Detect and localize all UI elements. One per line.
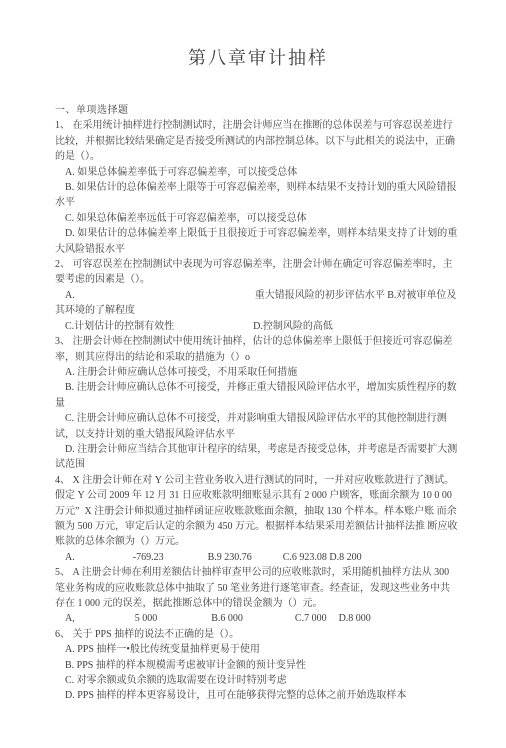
- question-4-stem: 4、 X 注册会计师在对 Y 公司主营业务收入进行测试的同时，一并对应收账款进行…: [55, 473, 461, 550]
- column-gap: [164, 559, 208, 560]
- question-4-option-a-value: -769.23: [133, 552, 164, 563]
- question-6: 6、 关于 PPS 抽样的说法不正确的是（）。 A. PPS 抽样一•般比传统变…: [55, 627, 461, 704]
- question-5-option-c: C.7 000: [295, 613, 327, 624]
- question-3-option-d: D. 注册会计师应当结合其他审计程序的结果，考虑是否接受总体，并考虑是否需要扩大…: [55, 442, 461, 473]
- question-1-stem: 1、 在采用统计抽样进行控制测试时，注册会计师应当在推断的总体误差与可容忍误差进…: [55, 118, 461, 164]
- question-3-option-b: B. 注册会计师应确认总体不可接受，并修正重大错报风险评估水平，增加实质性程序的…: [55, 380, 461, 411]
- question-5-option-b: B.6 000: [211, 613, 243, 624]
- column-gap: [157, 620, 211, 621]
- question-1-option-a: A. 如果总体偏差率低于可容忍偏差率，可以接受总体: [55, 165, 461, 180]
- question-3-option-a: A. 注册会计师应确认总体可接受，不用采取任何措施: [55, 365, 461, 380]
- question-1-option-d: D. 如果估计的总体偏差率上限低于且很接近于可容忍偏差率，则样本结果支持了计划的…: [55, 226, 461, 257]
- question-2-stem: 2、 可容忍误差在控制测试中表现为可容忍偏差率，注册会计师在确定可容忍偏差率时，…: [55, 257, 461, 288]
- question-5-stem: 5、 A 注册会计师在利用差额估计抽样审查甲公司的应收账款时，采用随机抽样方法从…: [55, 565, 461, 611]
- question-1-option-b: B. 如果估计的总体偏差率上限等于可容忍偏差率，则样本结果不支持计划的重大风险错…: [55, 180, 461, 211]
- question-6-option-b: B. PPS 抽样的样本规模需考虑被审计金额的预计变异性: [55, 658, 461, 673]
- question-2-options-row-cd: C.计划估计的控制有效性D.控制风险的高低: [55, 319, 461, 334]
- column-gap: [75, 620, 135, 621]
- question-6-stem: 6、 关于 PPS 抽样的说法不正确的是（）。: [55, 627, 461, 642]
- question-3-stem: 3、 注册会计师在控制测试中使用统计抽样，估计的总体偏差率上限低于但接近可容忍偏…: [55, 334, 461, 365]
- question-2-option-c: C.计划估计的控制有效性: [65, 321, 174, 332]
- question-2-option-a-label: A.: [65, 290, 75, 301]
- column-gap: [75, 297, 255, 298]
- question-4: 4、 X 注册会计师在对 Y 公司主营业务收入进行测试的同时，一并对应收账款进行…: [55, 473, 461, 565]
- document-title: 第八章审计抽样: [55, 46, 461, 70]
- question-5-answer-row: A,5 000B.6 000C.7 000D.8 000: [55, 611, 461, 626]
- document-body: 一、单项选择题 1、 在采用统计抽样进行控制测试时，注册会计师应当在推断的总体误…: [55, 103, 461, 704]
- question-5: 5、 A 注册会计师在利用差额估计抽样审查甲公司的应收账款时，采用随机抽样方法从…: [55, 565, 461, 627]
- column-gap: [243, 620, 295, 621]
- scanned-document-page: 第八章审计抽样 一、单项选择题 1、 在采用统计抽样进行控制测试时，注册会计师应…: [0, 0, 506, 748]
- question-5-option-a-label: A,: [65, 613, 75, 624]
- question-1-option-c: C. 如果总体偏差率远低于可容忍偏差率，可以接受总体: [55, 211, 461, 226]
- question-3: 3、 注册会计师在控制测试中使用统计抽样，估计的总体偏差率上限低于但接近可容忍偏…: [55, 334, 461, 473]
- question-6-option-c: C. 对零余额或负余额的选取需要在设计时特别考虑: [55, 673, 461, 688]
- section-heading: 一、单项选择题: [55, 103, 461, 118]
- question-4-option-a-label: A.: [65, 552, 75, 563]
- column-gap: [75, 559, 133, 560]
- column-gap: [327, 620, 339, 621]
- question-2-option-d: D.控制风险的高低: [253, 321, 333, 332]
- question-1: 1、 在采用统计抽样进行控制测试时，注册会计师应当在推断的总体误差与可容忍误差进…: [55, 118, 461, 257]
- column-gap: [174, 328, 253, 329]
- question-6-option-d: D. PPS 抽样的样本更容易设计，且可在能够获得完整的总体之前开始选取样本: [55, 688, 461, 703]
- question-4-answer-row: A.-769.23B.9 230.76C.6 923.08 D.8 200: [55, 550, 461, 565]
- question-6-option-a: A. PPS 抽样一•般比传统变量抽样更易于使用: [55, 642, 461, 657]
- column-gap: [252, 559, 283, 560]
- question-4-option-b: B.9 230.76: [208, 552, 252, 563]
- question-5-option-a-value: 5 000: [135, 613, 158, 624]
- question-2-options-row-ab: A.重大错报风险的初步评估水平 B.对被审单位及其环境的了解程度: [55, 288, 461, 319]
- question-5-option-d: D.8 000: [339, 613, 371, 624]
- question-4-option-cd: C.6 923.08 D.8 200: [283, 552, 362, 563]
- question-3-option-c: C. 注册会计师应确认总体不可接受，并对影响重大错报风险评估水平的其他控制进行测…: [55, 411, 461, 442]
- question-2: 2、 可容忍误差在控制测试中表现为可容忍偏差率，注册会计师在确定可容忍偏差率时，…: [55, 257, 461, 334]
- question-2-option-ab-text: 重大错报风险的初步评估水平 B.对被审单位及其环境的了解程度: [55, 290, 456, 316]
